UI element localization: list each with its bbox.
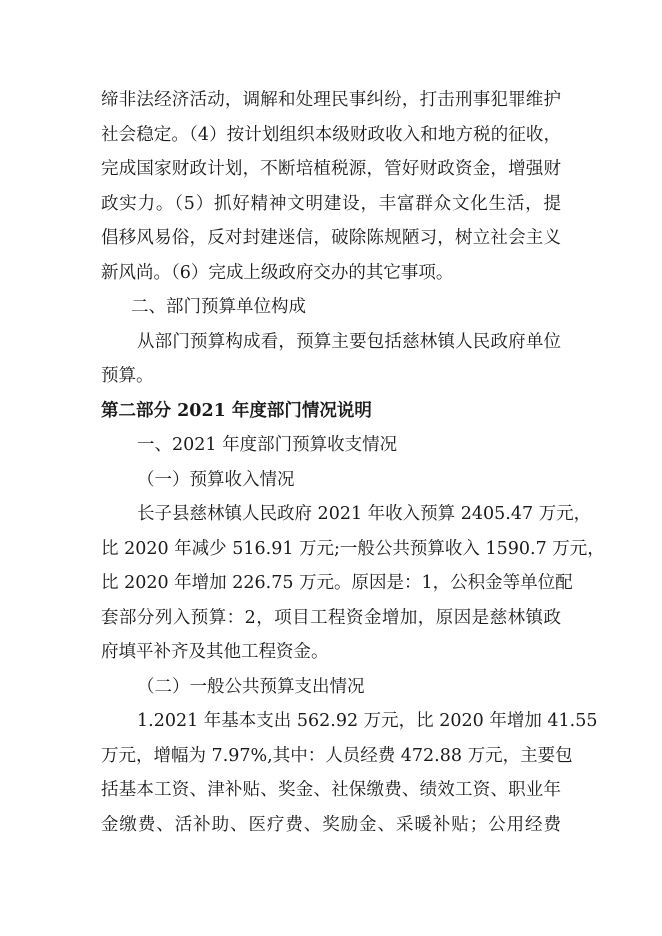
- body-text-line: 社会稳定。（4）按计划组织本级财政收入和地方税的征收，: [101, 120, 561, 150]
- body-text-line: 金缴费、活补助、医疗费、奖励金、采暖补贴；公用经费: [101, 810, 561, 840]
- body-text-line: 预算。: [101, 361, 561, 391]
- body-text-line: 从部门预算构成看，预算主要包括慈林镇人民政府单位: [137, 327, 561, 357]
- body-text-line: 括基本工资、津补贴、奖金、社保缴费、绩效工资、职业年: [101, 775, 561, 805]
- body-text-line: 缔非法经济活动，调解和处理民事纠纷，打击刑事犯罪维护: [101, 85, 561, 115]
- body-text-line: 1.2021 年基本支出 562.92 万元，比 2020 年增加 41.55: [137, 706, 561, 736]
- body-text-line: 套部分列入预算：2，项目工程资金增加，原因是慈林镇政: [101, 603, 561, 633]
- subsection-heading-expenditure: （二）一般公共预算支出情况: [137, 672, 561, 702]
- subsection-heading-revenue: （一）预算收入情况: [137, 465, 561, 495]
- body-text-line: 长子县慈林镇人民政府 2021 年收入预算 2405.47 万元，: [137, 499, 561, 529]
- body-text-line: 政实力。（5）抓好精神文明建设，丰富群众文化生活，提: [101, 189, 561, 219]
- body-text-line: 倡移风易俗，反对封建迷信，破除陈规陋习，树立社会主义: [101, 223, 561, 253]
- document-page: 缔非法经济活动，调解和处理民事纠纷，打击刑事犯罪维护 社会稳定。（4）按计划组织…: [0, 0, 662, 936]
- section-heading-dept-units: 二、部门预算单位构成: [131, 292, 561, 322]
- section-heading-budget-overview: 一、2021 年度部门预算收支情况: [137, 430, 561, 460]
- body-text-line: 比 2020 年增加 226.75 万元。原因是：1，公积金等单位配: [101, 568, 561, 598]
- part-two-title: 第二部分 2021 年度部门情况说明: [101, 396, 561, 426]
- body-text-line: 完成国家财政计划，不断培植税源，管好财政资金，增强财: [101, 154, 561, 184]
- body-text-line: 万元，增幅为 7.97%,其中：人员经费 472.88 万元，主要包: [101, 741, 561, 771]
- body-text-line: 比 2020 年减少 516.91 万元;一般公共预算收入 1590.7 万元，: [101, 534, 561, 564]
- body-text-line: 府填平补齐及其他工程资金。: [101, 637, 561, 667]
- body-text-line: 新风尚。（6）完成上级政府交办的其它事项。: [101, 258, 561, 288]
